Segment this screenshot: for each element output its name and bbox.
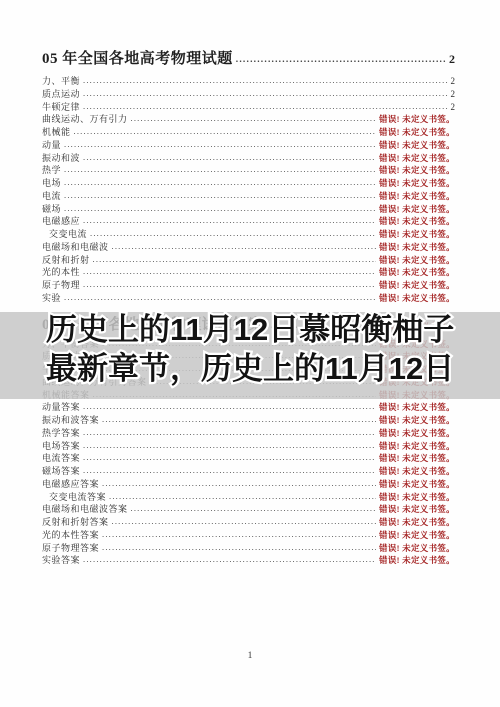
toc-entry-ref: 错误! 未定义书签。 — [379, 190, 455, 202]
dot-leader — [64, 190, 376, 200]
toc-entry-label: 原子物理答案 — [42, 541, 99, 554]
dot-leader — [83, 401, 376, 411]
toc-entry-ref: 错误! 未定义书签。 — [379, 241, 455, 253]
watermark-text-line1: 历史上的11月12日慕昭衡柚子 — [46, 311, 490, 350]
toc-entry-ref: 错误! 未定义书签。 — [379, 254, 455, 266]
toc-row: 磁场答案 错误! 未定义书签。 — [42, 464, 455, 477]
toc-row: 交变电流 错误! 未定义书签。 — [42, 227, 455, 240]
dot-leader — [131, 113, 377, 123]
toc-row: 电磁感应 错误! 未定义书签。 — [42, 214, 455, 227]
toc-section-questions: 05 年全国各地高考物理试题 2 力、平衡 2 质点运动 2 牛顿定律 2 — [42, 47, 455, 304]
toc-entry-ref: 2 — [451, 89, 456, 99]
toc-row: 实验 错误! 未定义书签。 — [42, 291, 455, 304]
dot-leader — [236, 55, 446, 65]
toc-row: 力、平衡 2 — [42, 74, 455, 87]
dot-leader — [83, 452, 376, 462]
toc-entry-label: 电场 — [42, 176, 61, 189]
toc-row: 电磁场和电磁波 错误! 未定义书签。 — [42, 240, 455, 253]
toc-row: 交变电流答案 错误! 未定义书签。 — [42, 490, 455, 503]
toc-entry-ref: 错误! 未定义书签。 — [379, 164, 455, 176]
toc-entry-ref: 错误! 未定义书签。 — [379, 139, 455, 151]
toc-entry-label: 机械能 — [42, 125, 71, 138]
toc-entry-ref: 错误! 未定义书签。 — [379, 554, 455, 566]
toc-entry-ref: 错误! 未定义书签。 — [379, 465, 455, 477]
toc-entry-label: 光的本性答案 — [42, 528, 99, 541]
toc-entry-label: 振动和波 — [42, 151, 80, 164]
toc-entry-label: 热学答案 — [42, 426, 80, 439]
toc-row: 光的本性 错误! 未定义书签。 — [42, 265, 455, 278]
toc-row: 曲线运动、万有引力 错误! 未定义书签。 — [42, 112, 455, 125]
toc-entry-label: 电磁感应答案 — [42, 477, 99, 490]
toc-entry-label: 磁场答案 — [42, 464, 80, 477]
toc-row: 反射和折射 错误! 未定义书签。 — [42, 253, 455, 266]
toc-entry-label: 反射和折射 — [42, 253, 90, 266]
toc-entry-label: 实验答案 — [42, 553, 80, 566]
dot-leader — [93, 254, 377, 264]
toc-entry-ref: 错误! 未定义书签。 — [379, 427, 455, 439]
dot-leader — [64, 164, 376, 174]
toc-row: 光的本性答案 错误! 未定义书签。 — [42, 528, 455, 541]
dot-leader — [64, 139, 376, 149]
toc-rows-questions: 力、平衡 2 质点运动 2 牛顿定律 2 曲线运动、万有引力 错误! 未定义书签… — [42, 74, 455, 304]
document-page: 05 年全国各地高考物理试题 2 力、平衡 2 质点运动 2 牛顿定律 2 — [0, 0, 500, 707]
dot-leader — [131, 503, 377, 513]
dot-leader — [83, 279, 376, 289]
toc-entry-label: 热学 — [42, 163, 61, 176]
toc-row: 动量答案 错误! 未定义书签。 — [42, 400, 455, 413]
toc-entry-ref: 错误! 未定义书签。 — [379, 203, 455, 215]
dot-leader — [112, 516, 377, 526]
dot-leader — [83, 152, 376, 162]
dot-leader — [83, 554, 376, 564]
toc-entry-ref: 错误! 未定义书签。 — [379, 452, 455, 464]
dot-leader — [83, 88, 447, 98]
dot-leader — [83, 215, 376, 225]
toc-row: 热学 错误! 未定义书签。 — [42, 163, 455, 176]
watermark-text: 历史上的11月12日慕昭衡柚子 最新章节，历史上的11月12日 — [46, 311, 490, 388]
toc-row: 电场答案 错误! 未定义书签。 — [42, 439, 455, 452]
dot-leader — [90, 228, 376, 238]
toc-row: 牛顿定律 2 — [42, 100, 455, 113]
toc-entry-ref: 错误! 未定义书签。 — [379, 126, 455, 138]
toc-entry-label: 光的本性 — [42, 265, 80, 278]
dot-leader — [109, 491, 376, 501]
toc-section-title-row: 05 年全国各地高考物理试题 2 — [42, 47, 455, 66]
toc-entry-label: 磁场 — [42, 202, 61, 215]
dot-leader — [102, 542, 376, 552]
toc-row: 电流答案 错误! 未定义书签。 — [42, 451, 455, 464]
toc-row: 电流 错误! 未定义书签。 — [42, 189, 455, 202]
dot-leader — [102, 478, 376, 488]
toc-entry-ref: 错误! 未定义书签。 — [379, 152, 455, 164]
toc-entry-label: 电场答案 — [42, 439, 80, 452]
toc-entry-label: 动量 — [42, 138, 61, 151]
toc-entry-ref: 错误! 未定义书签。 — [379, 177, 455, 189]
toc-entry-label: 牛顿定律 — [42, 100, 80, 113]
toc-entry-ref: 错误! 未定义书签。 — [379, 542, 455, 554]
page-number: 1 — [0, 651, 500, 661]
toc-entry-ref: 错误! 未定义书签。 — [379, 292, 455, 304]
toc-row: 反射和折射答案 错误! 未定义书签。 — [42, 515, 455, 528]
toc-section-page-ref: 2 — [449, 52, 455, 67]
dot-leader — [83, 427, 376, 437]
dot-leader — [83, 75, 447, 85]
toc-entry-ref: 错误! 未定义书签。 — [379, 266, 455, 278]
toc-entry-label: 原子物理 — [42, 278, 80, 291]
dot-leader — [64, 292, 376, 302]
toc-entry-ref: 错误! 未定义书签。 — [379, 529, 455, 541]
dot-leader — [83, 266, 376, 276]
toc-entry-label: 实验 — [42, 291, 61, 304]
toc-row: 振动和波答案 错误! 未定义书签。 — [42, 413, 455, 426]
toc-entry-ref: 错误! 未定义书签。 — [379, 279, 455, 291]
toc-entry-ref: 错误! 未定义书签。 — [379, 215, 455, 227]
dot-leader — [74, 126, 377, 136]
dot-leader — [102, 529, 376, 539]
toc-entry-ref: 错误! 未定义书签。 — [379, 401, 455, 413]
toc-row: 电磁场和电磁波答案 错误! 未定义书签。 — [42, 502, 455, 515]
toc-content: 05 年全国各地高考物理试题 2 力、平衡 2 质点运动 2 牛顿定律 2 — [42, 47, 455, 566]
toc-row: 振动和波 错误! 未定义书签。 — [42, 151, 455, 164]
watermark-text-line2: 最新章节，历史上的11月12日 — [46, 350, 490, 389]
toc-entry-label: 电流 — [42, 189, 61, 202]
toc-entry-ref: 错误! 未定义书签。 — [379, 113, 455, 125]
watermark-overlay: 历史上的11月12日慕昭衡柚子 最新章节，历史上的11月12日 — [0, 312, 500, 399]
toc-entry-label: 电磁场和电磁波 — [42, 240, 109, 253]
toc-row: 电磁感应答案 错误! 未定义书签。 — [42, 477, 455, 490]
dot-leader — [83, 440, 376, 450]
dot-leader — [64, 203, 376, 213]
toc-section-title: 05 年全国各地高考物理试题 — [42, 47, 233, 68]
toc-entry-ref: 错误! 未定义书签。 — [379, 440, 455, 452]
toc-row: 热学答案 错误! 未定义书签。 — [42, 426, 455, 439]
dot-leader — [64, 177, 376, 187]
toc-row: 电场 错误! 未定义书签。 — [42, 176, 455, 189]
toc-entry-label: 曲线运动、万有引力 — [42, 112, 128, 125]
toc-entry-label: 力、平衡 — [42, 74, 80, 87]
toc-row: 动量 错误! 未定义书签。 — [42, 138, 455, 151]
toc-entry-ref: 错误! 未定义书签。 — [379, 491, 455, 503]
toc-entry-label: 交变电流答案 — [49, 490, 106, 503]
toc-entry-label: 反射和折射答案 — [42, 515, 109, 528]
dot-leader — [112, 241, 377, 251]
toc-entry-label: 动量答案 — [42, 400, 80, 413]
toc-entry-ref: 错误! 未定义书签。 — [379, 503, 455, 515]
toc-entry-label: 电流答案 — [42, 451, 80, 464]
toc-entry-ref: 错误! 未定义书签。 — [379, 478, 455, 490]
toc-entry-ref: 错误! 未定义书签。 — [379, 516, 455, 528]
toc-entry-ref: 2 — [451, 102, 456, 112]
toc-entry-ref: 2 — [451, 76, 456, 86]
toc-entry-ref: 错误! 未定义书签。 — [379, 228, 455, 240]
toc-entry-label: 振动和波答案 — [42, 413, 99, 426]
toc-row: 实验答案 错误! 未定义书签。 — [42, 553, 455, 566]
toc-row: 磁场 错误! 未定义书签。 — [42, 202, 455, 215]
dot-leader — [102, 414, 376, 424]
toc-row: 机械能 错误! 未定义书签。 — [42, 125, 455, 138]
dot-leader — [83, 465, 376, 475]
toc-entry-ref: 错误! 未定义书签。 — [379, 414, 455, 426]
dot-leader — [83, 101, 447, 111]
toc-row: 质点运动 2 — [42, 87, 455, 100]
toc-entry-label: 电磁场和电磁波答案 — [42, 502, 128, 515]
toc-row: 原子物理 错误! 未定义书签。 — [42, 278, 455, 291]
toc-entry-label: 质点运动 — [42, 87, 80, 100]
toc-entry-label: 电磁感应 — [42, 214, 80, 227]
toc-row: 原子物理答案 错误! 未定义书签。 — [42, 541, 455, 554]
toc-entry-label: 交变电流 — [49, 227, 87, 240]
